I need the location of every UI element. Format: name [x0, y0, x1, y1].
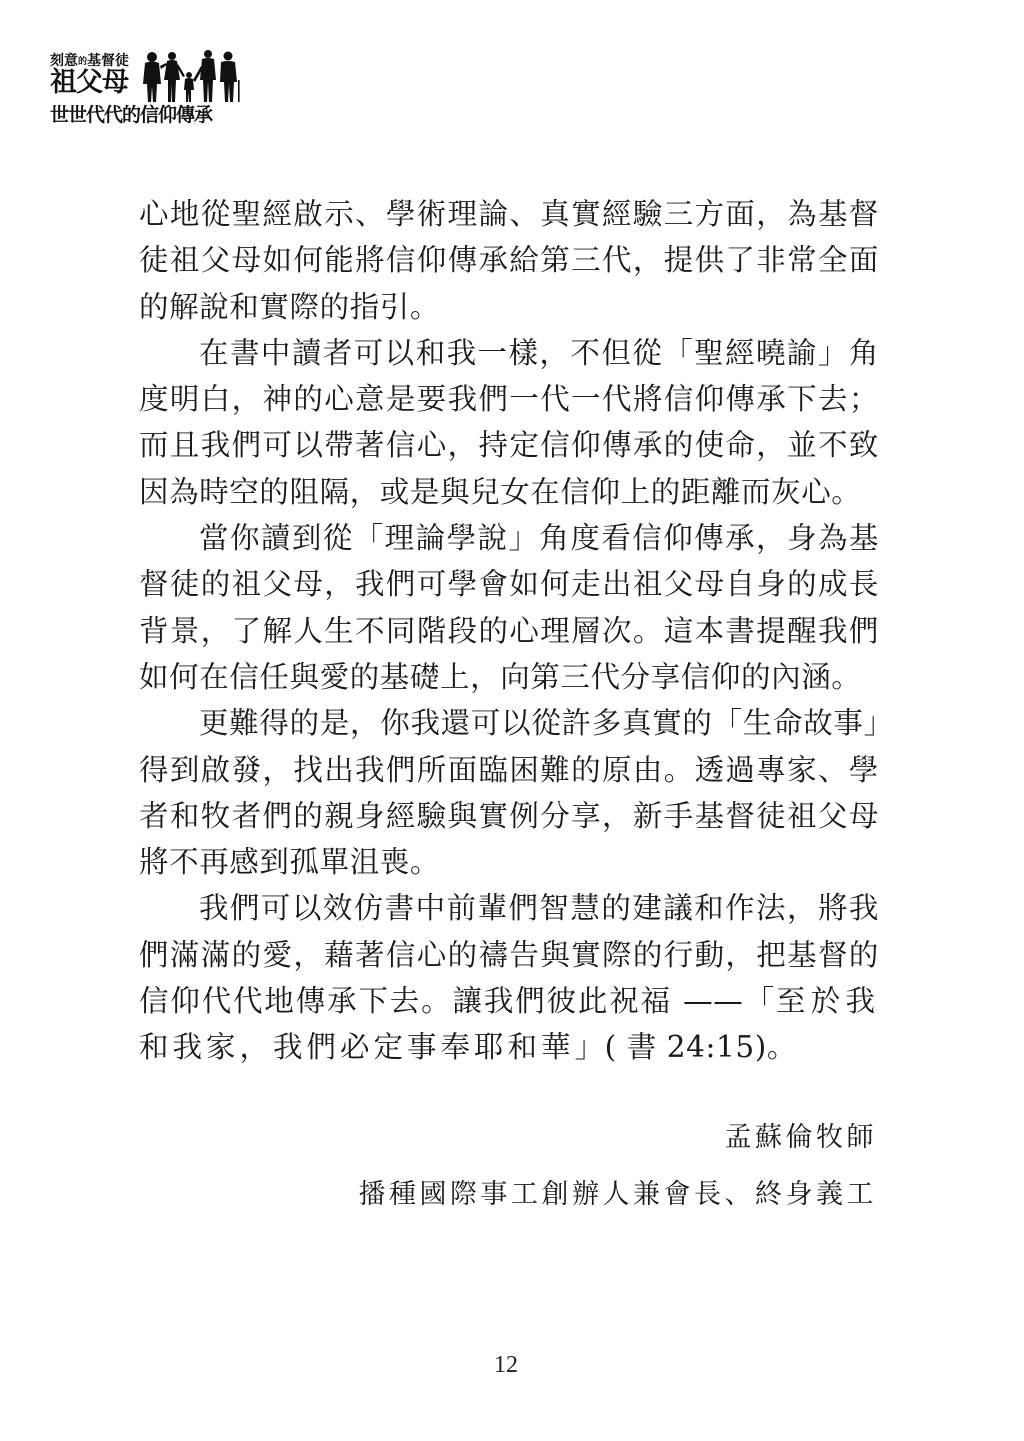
family-silhouette-icon — [142, 50, 242, 104]
scripture-reference: 」( 書 24:15)。 — [575, 1030, 798, 1064]
paragraph: 當你讀到從「理論學說」角度看信仰傳承，身為基督徒的祖父母，我們可學會如何走出祖父… — [139, 515, 879, 700]
author-title: 播種國際事工創辦人兼會長、終身義工 — [359, 1172, 878, 1211]
author-name: 孟蘇倫牧師 — [359, 1115, 878, 1154]
logo-text-small: 的 — [78, 57, 87, 67]
paragraph: 在書中讀者可以和我一樣，不但從「聖經曉諭」角度明白，神的心意是要我們一代一代將信… — [139, 330, 879, 515]
paragraph: 心地從聖經啟示、學術理論、真實經驗三方面，為基督徒祖父母如何能將信仰傳承給第三代… — [139, 191, 879, 330]
logo-title: 祖父母 — [50, 68, 128, 98]
paragraph-with-quote: 我們可以效仿書中前輩們智慧的建議和作法，將我們滿滿的愛，藉著信心的禱告與實際的行… — [139, 885, 879, 1070]
logo-tagline: 世世代代的信仰傳承 — [50, 104, 212, 126]
page-number: 12 — [0, 1352, 1012, 1379]
book-series-logo: 刻意的基督徒 祖父母 世世代代的信仰傳承 — [50, 50, 250, 126]
paragraph: 更難得的是，你我還可以從許多真實的「生命故事」得到啟發，找出我們所面臨困難的原由… — [139, 700, 879, 885]
paragraph-text: 我們可以效仿書中前輩們智慧的建議和作法，將我們滿滿的愛，藉著信心的禱告與實際的行… — [139, 891, 879, 1018]
signature-block: 孟蘇倫牧師 播種國際事工創辦人兼會長、終身義工 — [359, 1115, 878, 1211]
preface-body: 心地從聖經啟示、學術理論、真實經驗三方面，為基督徒祖父母如何能將信仰傳承給第三代… — [139, 191, 879, 1071]
